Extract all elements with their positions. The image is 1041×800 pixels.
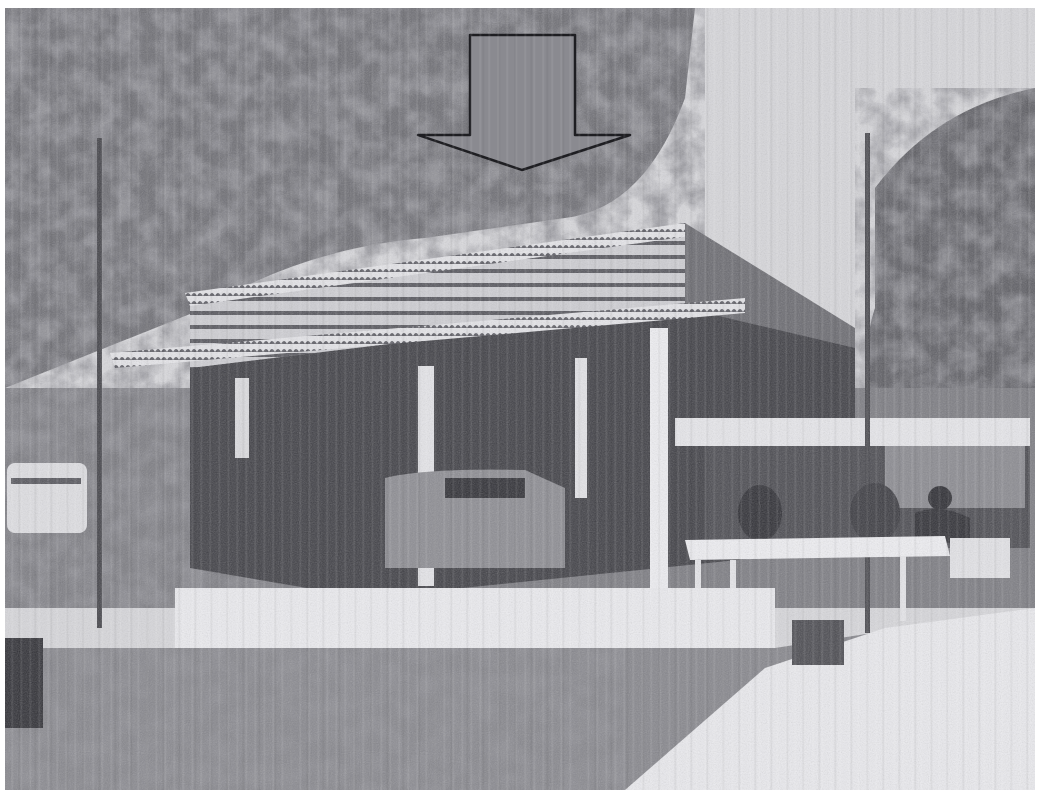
photo	[5, 8, 1035, 790]
scene	[5, 8, 1035, 790]
